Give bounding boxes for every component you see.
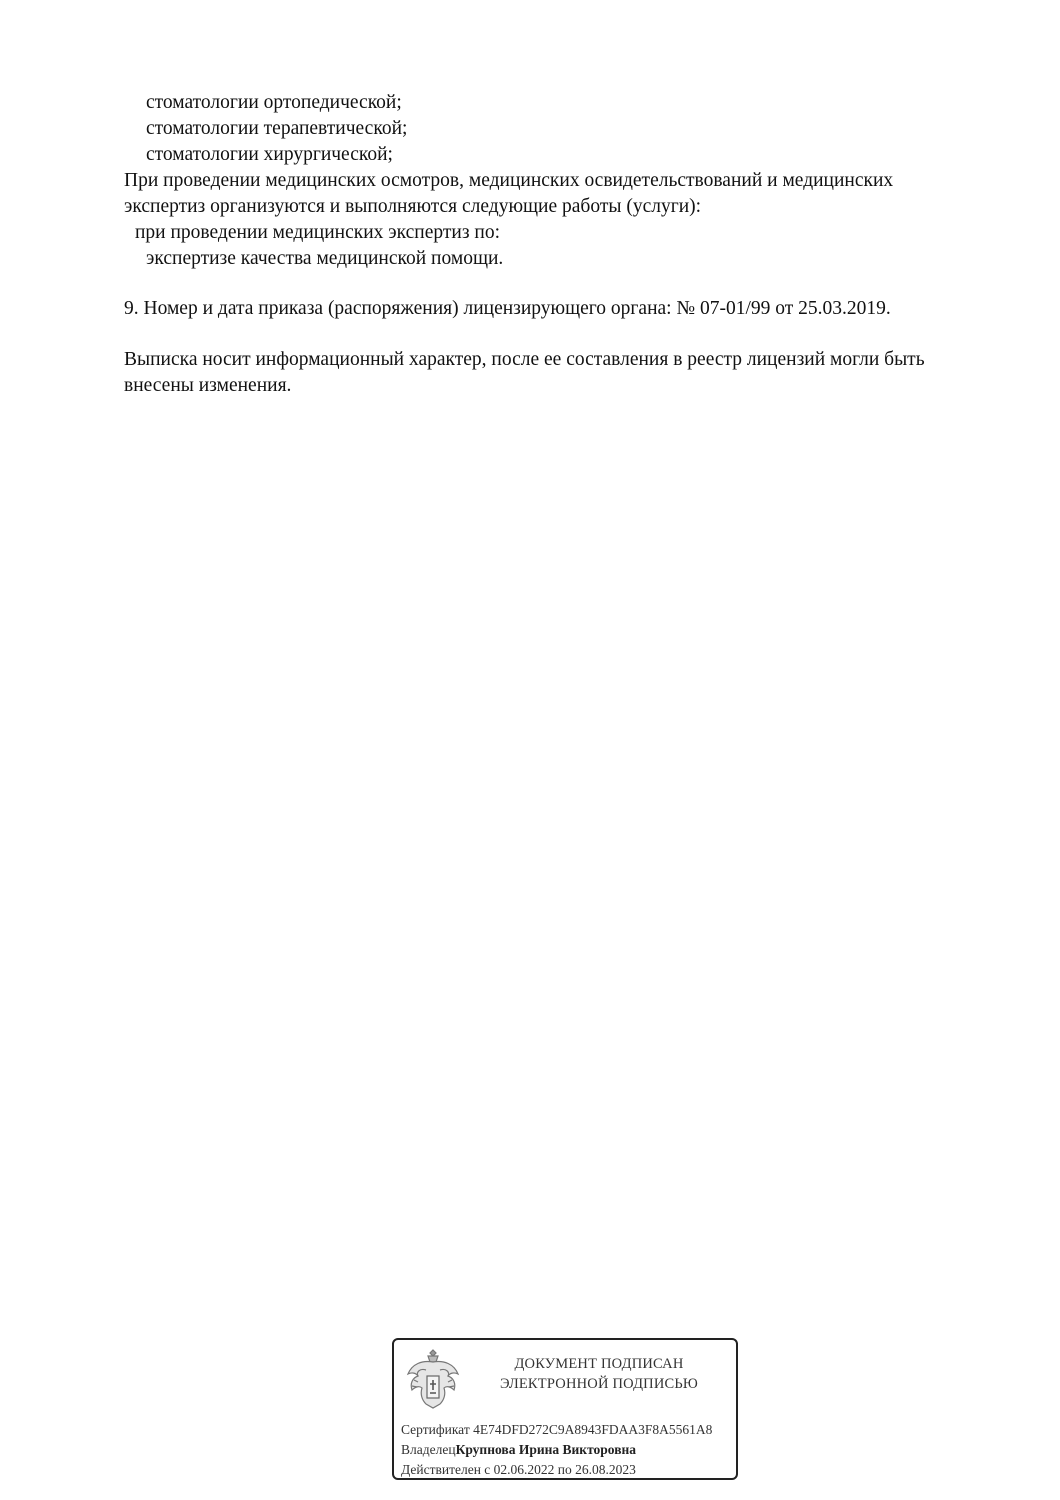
disclaimer-text: внесены изменения. [124,373,291,399]
section-text: При проведении медицинских осмотров, мед… [124,168,893,194]
service-item: экспертизе качества медицинской помощи. [146,246,503,272]
disclaimer-text: Выписка носит информационный характер, п… [124,347,925,373]
electronic-signature-stamp: ДОКУМЕНТ ПОДПИСАН ЭЛЕКТРОННОЙ ПОДПИСЬЮ С… [392,1338,738,1480]
stamp-title-line2: ЭЛЕКТРОННОЙ ПОДПИСЬЮ [474,1374,724,1394]
order-paragraph: 9. Номер и дата приказа (распоряжения) л… [124,296,891,322]
owner-label: Владелец [401,1442,456,1457]
certificate-value: 4E74DFD272C9A8943FDAA3F8A5561A8 [473,1422,712,1437]
subsection-text: при проведении медицинских экспертиз по: [135,220,500,246]
coat-of-arms-icon [404,1346,462,1412]
owner-row: ВладелецКрупнова Ирина Викторовна [401,1440,636,1460]
service-item: стоматологии ортопедической; [146,90,402,116]
service-item: стоматологии терапевтической; [146,116,407,142]
service-item: стоматологии хирургической; [146,142,393,168]
section-text: экспертиз организуются и выполняются сле… [124,194,701,220]
stamp-title-line1: ДОКУМЕНТ ПОДПИСАН [474,1354,724,1374]
validity-row: Действителен с 02.06.2022 по 26.08.2023 [401,1460,636,1480]
certificate-row: Сертификат 4E74DFD272C9A8943FDAA3F8A5561… [401,1420,712,1440]
owner-value: Крупнова Ирина Викторовна [456,1442,636,1457]
certificate-label: Сертификат [401,1422,470,1437]
